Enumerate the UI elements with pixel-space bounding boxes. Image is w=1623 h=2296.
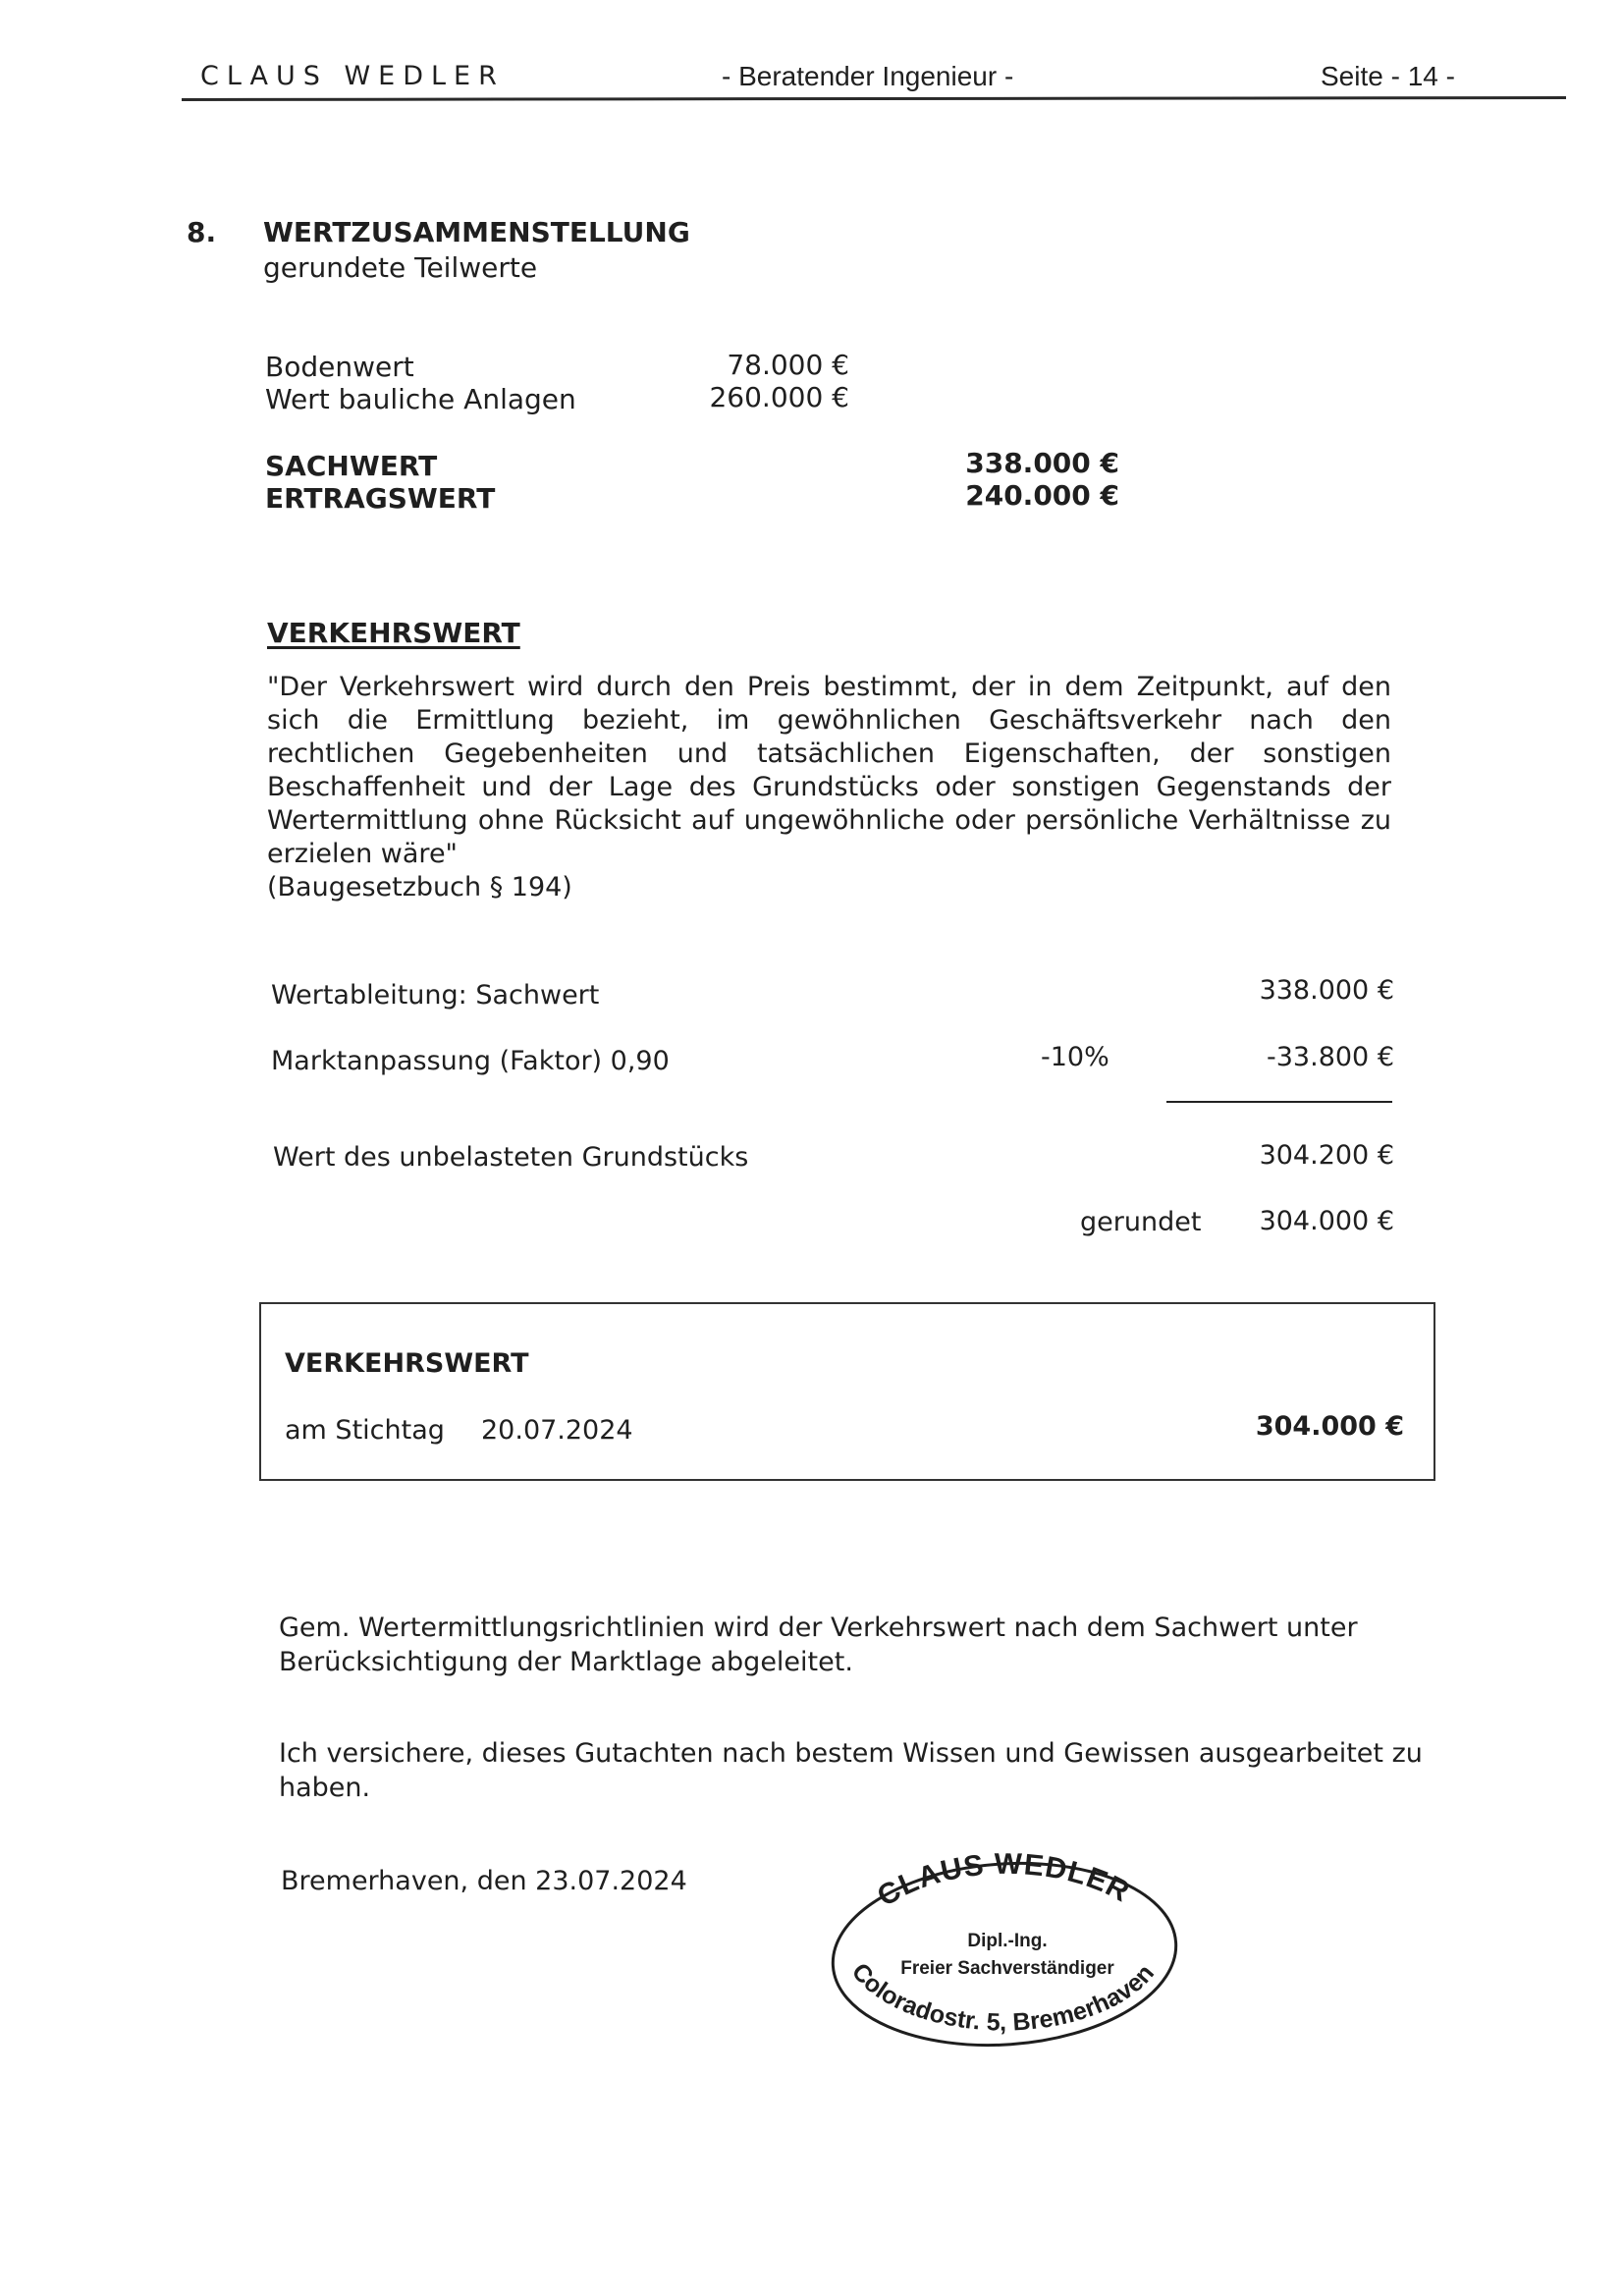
definition-quote: "Der Verkehrswert wird durch den Preis b… <box>267 671 1391 871</box>
result-date: 20.07.2024 <box>481 1415 633 1446</box>
result-date-label: am Stichtag <box>285 1415 445 1446</box>
ertragswert-value: 240.000 € <box>903 479 1119 512</box>
result-value: 304.000 € <box>1145 1411 1404 1442</box>
derivation-result-value: 304.200 € <box>1159 1140 1394 1171</box>
sachwert-label: SACHWERT <box>265 450 437 482</box>
section-subtitle: gerundete Teilwerte <box>263 251 537 284</box>
teilwert-value: 78.000 € <box>648 349 849 381</box>
section-number: 8. <box>187 216 216 248</box>
header-author-name: CLAUS WEDLER <box>200 61 505 91</box>
sum-rule <box>1166 1101 1392 1103</box>
closing-paragraph-2: Ich versichere, dieses Gutachten nach be… <box>279 1736 1428 1805</box>
page-number: Seite - 14 - <box>1321 61 1455 92</box>
verkehrswert-heading: VERKEHRSWERT <box>267 617 520 649</box>
svg-text:CLAUS WEDLER: CLAUS WEDLER <box>872 1850 1135 1913</box>
verkehrswert-result-box: VERKEHRSWERT am Stichtag 20.07.2024 304.… <box>259 1302 1435 1481</box>
header-profession: - Beratender Ingenieur - <box>722 61 1013 92</box>
company-stamp: CLAUS WEDLER Dipl.-Ing. Freier Sachverst… <box>811 1850 1194 2051</box>
derivation-rounded-value: 304.000 € <box>1159 1206 1394 1236</box>
section-title: WERTZUSAMMENSTELLUNG <box>263 216 690 248</box>
derivation-adjust-value: -33.800 € <box>1159 1042 1394 1072</box>
derivation-adjust-label: Marktanpassung (Faktor) 0,90 <box>271 1046 670 1076</box>
teilwert-label: Bodenwert <box>265 351 414 383</box>
closing-paragraph-1: Gem. Wertermittlungsrichtlinien wird der… <box>279 1611 1428 1679</box>
ertragswert-label: ERTRAGSWERT <box>265 482 495 515</box>
sachwert-value: 338.000 € <box>903 447 1119 479</box>
derivation-result-label: Wert des unbelasteten Grundstücks <box>273 1142 748 1173</box>
stamp-top-arc: CLAUS WEDLER <box>872 1850 1135 1913</box>
stamp-line-2: Freier Sachverständiger <box>900 1958 1114 1979</box>
place-and-date: Bremerhaven, den 23.07.2024 <box>281 1866 687 1896</box>
derivation-adjust-percent: -10% <box>1041 1042 1109 1072</box>
stamp-line-1: Dipl.-Ing. <box>967 1931 1047 1951</box>
teilwert-value: 260.000 € <box>648 381 849 413</box>
definition-source: (Baugesetzbuch § 194) <box>267 871 1391 904</box>
verkehrswert-definition: "Der Verkehrswert wird durch den Preis b… <box>267 671 1391 904</box>
teilwert-label: Wert bauliche Anlagen <box>265 383 576 415</box>
result-title: VERKEHRSWERT <box>285 1348 529 1379</box>
header-divider <box>182 96 1566 101</box>
derivation-basis-label: Wertableitung: Sachwert <box>271 980 599 1011</box>
derivation-basis-value: 338.000 € <box>1159 975 1394 1006</box>
